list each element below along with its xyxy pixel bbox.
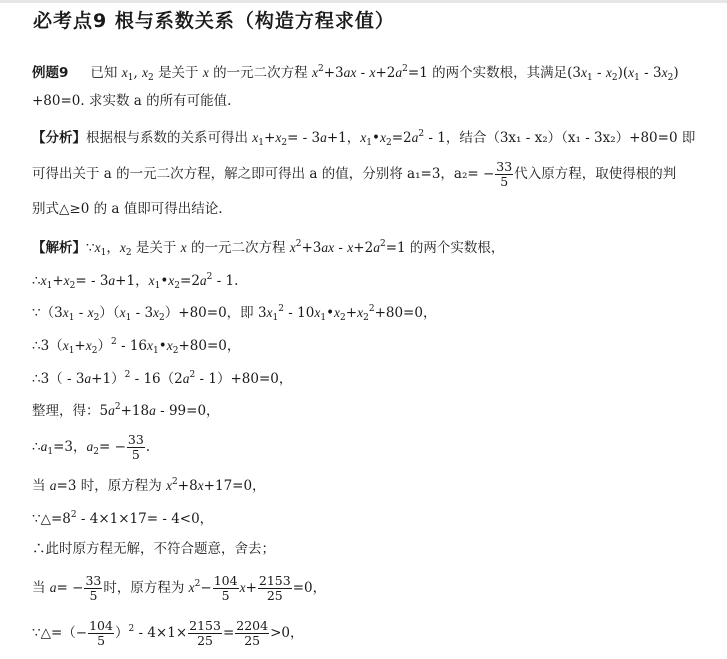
text: 代入原方程，取使得根的判: [514, 166, 676, 182]
solution-line-4: ∴3（x1+x2）2 - 16x1•x2+80=0，: [32, 332, 240, 361]
analysis-line-3: 别式△≥0 的 a 值即可得出结论.: [32, 199, 223, 219]
solution-line-5: ∴3（ - 3a+1）2 - 16（2a2 - 1）+80=0，: [32, 365, 292, 389]
fraction: 215325: [258, 574, 292, 603]
example-line-2: +80=0. 求实数 a 的所有可能值.: [32, 91, 231, 111]
fraction: 220425: [235, 619, 269, 648]
solution-line-6: 整理，得：5a2+18a - 99=0，: [32, 397, 220, 421]
solution-line-12: ∵△=（−1045）2 - 4×1×215325=220425>0，: [32, 619, 304, 648]
fraction: 1045: [213, 574, 239, 603]
solution-label: 【解析】: [32, 240, 86, 256]
fraction: 335: [495, 160, 513, 189]
solution-line-3: ∵（3x1 - x2）（x1 - 3x2）+80=0，即 3x12 - 10x1…: [32, 299, 436, 328]
solution-line-8: 当 a=3 时，原方程为 x2+8x+17=0，: [32, 472, 266, 496]
solution-line-1: 【解析】∵x1，x2 是关于 x 的一元二次方程 x2+3ax - x+2a2=…: [32, 234, 504, 263]
fraction: 1045: [88, 619, 114, 648]
analysis-label: 【分析】: [32, 130, 86, 146]
text: 可得出关于 a 的一元二次方程，解之即可得出 a 的值，分别将 a₁=3，a₂=…: [32, 166, 494, 182]
example-line-1: 例题9已知 x1, x2 是关于 x 的一元二次方程 x2+3ax - x+2a…: [32, 59, 679, 88]
analysis-line-2: 可得出关于 a 的一元二次方程，解之即可得出 a 的值，分别将 a₁=3，a₂=…: [32, 160, 676, 189]
text: 已知: [90, 65, 117, 81]
fraction: 215325: [188, 619, 222, 648]
analysis-line-1: 【分析】根据根与系数的关系可得出 x1+x2= - 3a+1，x1•x2=2a2…: [32, 124, 695, 153]
solution-line-10: ∴此时原方程无解，不符合题意，舍去；: [32, 539, 275, 559]
section-title: 必考点9 根与系数关系（构造方程求值）: [33, 6, 395, 33]
solution-line-7: ∴a1=3，a2= −335.: [32, 433, 150, 462]
text: 的一元二次方程: [213, 65, 308, 81]
fraction: 335: [127, 433, 145, 462]
text: 结合（3x₁ - x₂）（x₁ - 3x₂）+80=0 即: [459, 130, 695, 146]
example-label: 例题9: [32, 65, 68, 81]
text: 根据根与系数的关系可得出: [86, 130, 248, 146]
solution-line-11: 当 a= −335时，原方程为 x2−1045x+215325=0，: [32, 574, 326, 603]
solution-line-2: ∴x1+x2= - 3a+1，x1•x2=2a2 - 1.: [32, 267, 238, 296]
solution-line-9: ∵△=82 - 4×1×17= - 4<0，: [32, 505, 213, 529]
text: 是关于: [158, 65, 199, 81]
fraction: 335: [84, 574, 102, 603]
top-border: [0, 0, 727, 3]
